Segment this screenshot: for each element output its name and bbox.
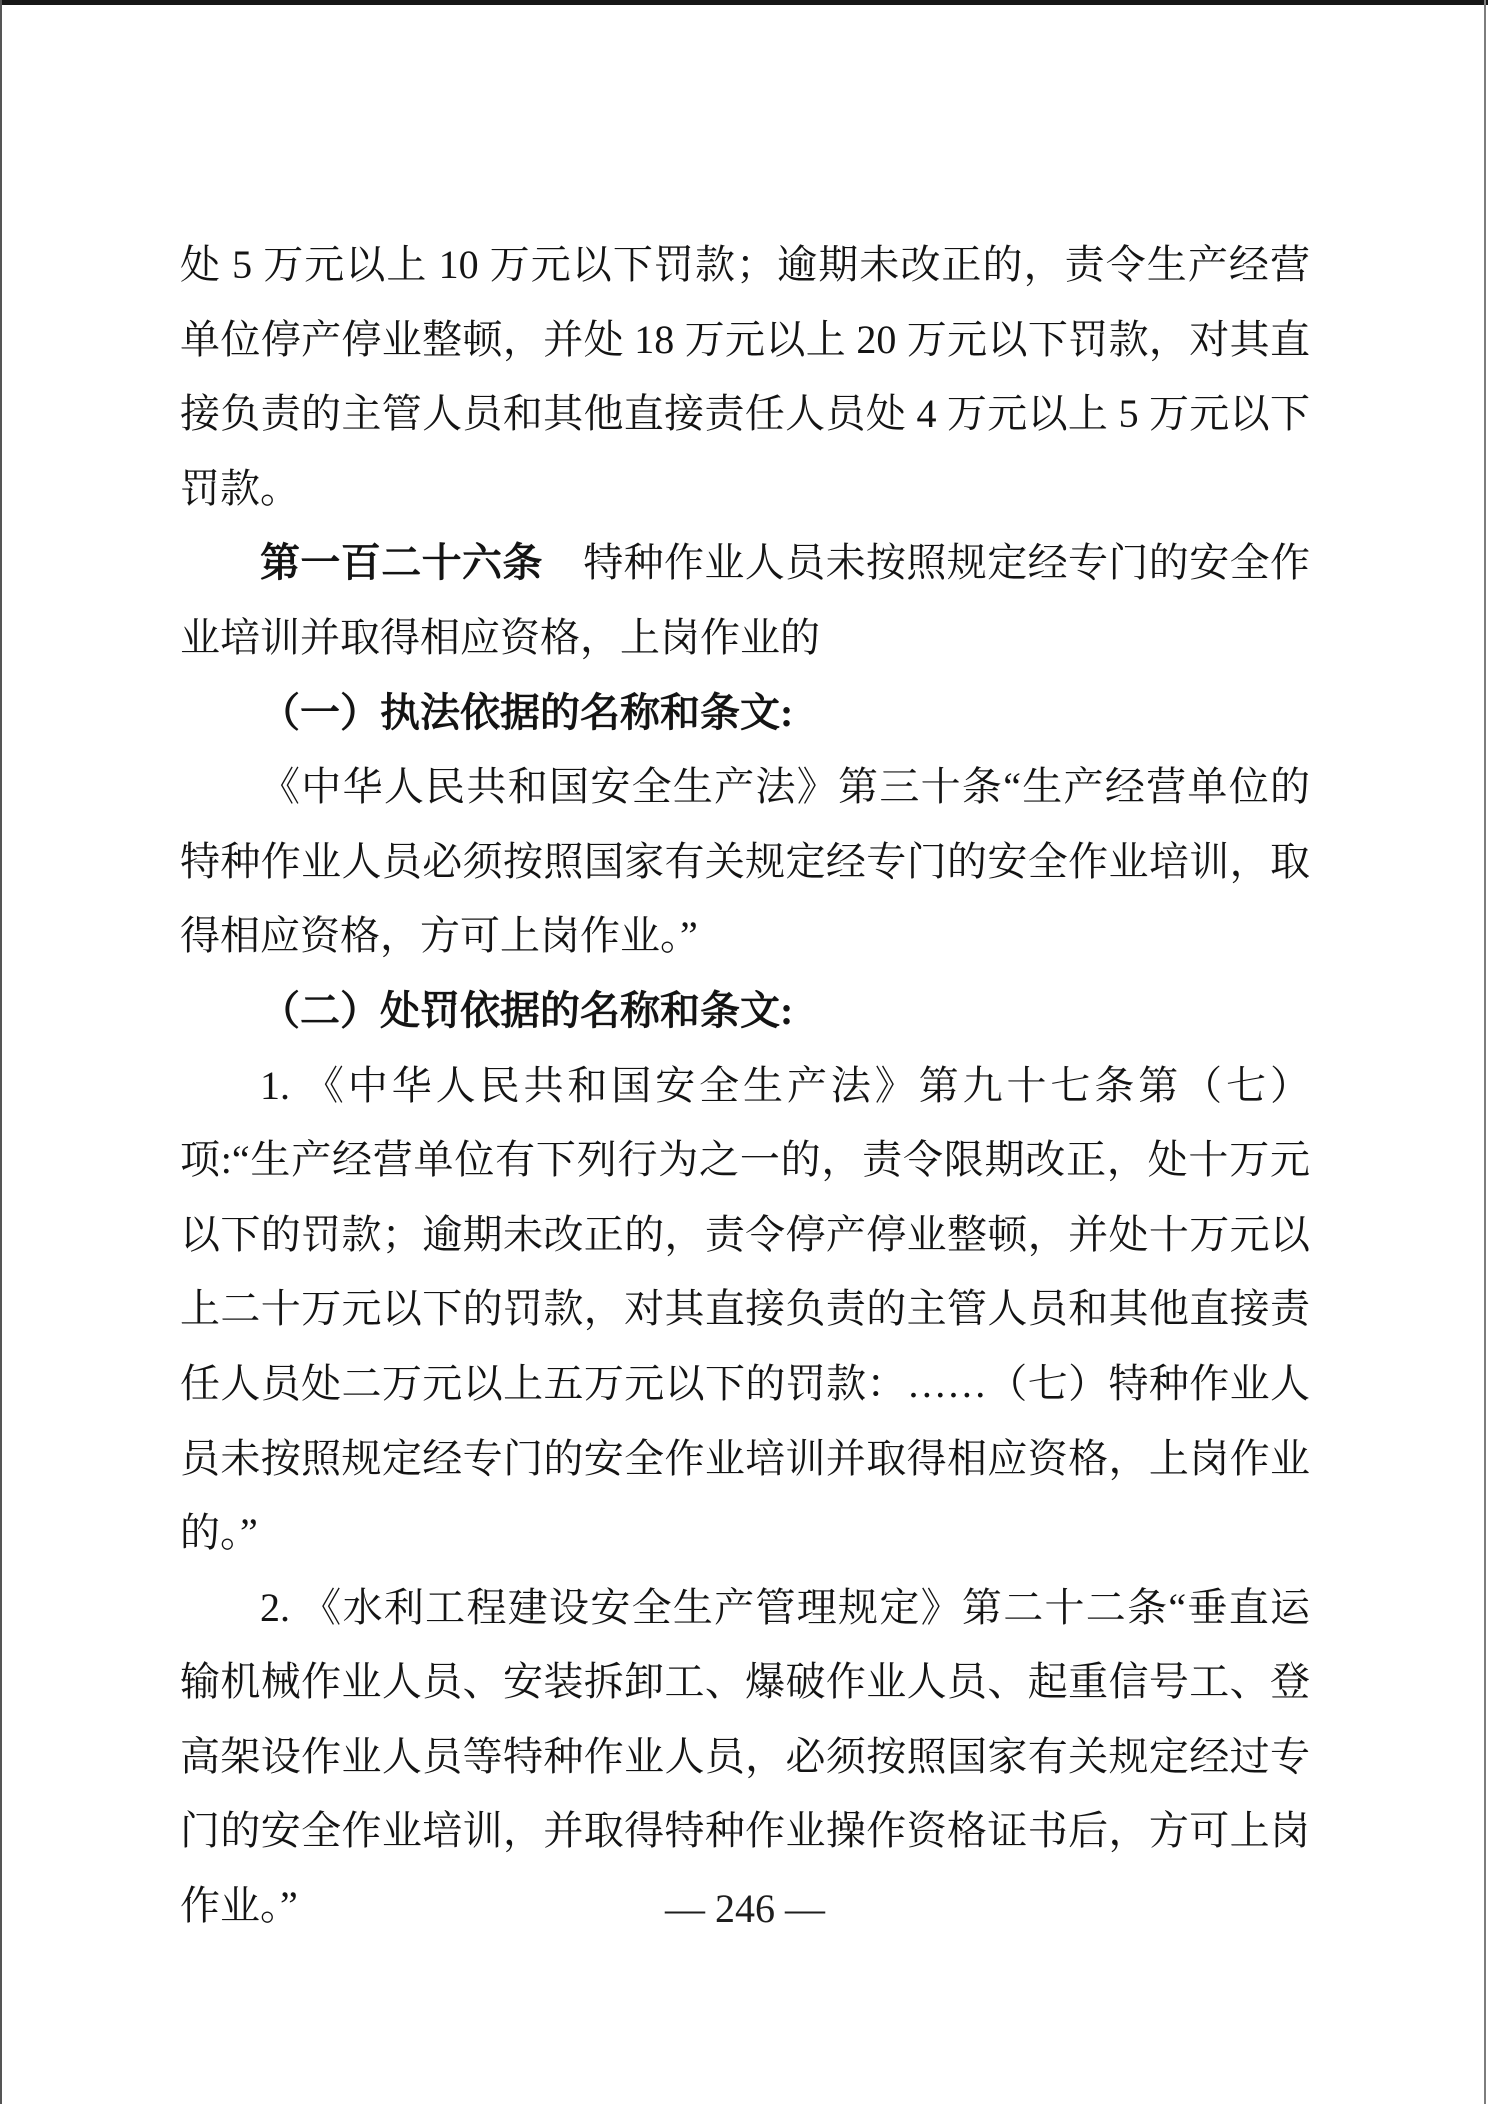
document-body: 处 5 万元以上 10 万元以下罚款；逾期未改正的，责令生产经营单位停产停业整顿… bbox=[180, 228, 1310, 1944]
emphasis-text: （二）处罚依据的名称和条文: bbox=[260, 988, 793, 1033]
document-page: { "page": { "footer": { "page_number_lab… bbox=[0, 0, 1488, 2104]
body-text: 1. 《中华人民共和国安全生产法》第九十七条第（七）项:“生产经营单位有下列行为… bbox=[180, 1063, 1310, 1556]
emphasis-text: （一）执法依据的名称和条文: bbox=[260, 690, 793, 735]
paragraph: 1. 《中华人民共和国安全生产法》第九十七条第（七）项:“生产经营单位有下列行为… bbox=[180, 1049, 1310, 1571]
scan-left-edge bbox=[0, 0, 2, 2104]
paragraph: （一）执法依据的名称和条文: bbox=[180, 676, 1310, 751]
scan-top-edge bbox=[0, 0, 1488, 5]
body-text: 处 5 万元以上 10 万元以下罚款；逾期未改正的，责令生产经营单位停产停业整顿… bbox=[180, 242, 1310, 511]
paragraph: 处 5 万元以上 10 万元以下罚款；逾期未改正的，责令生产经营单位停产停业整顿… bbox=[180, 228, 1310, 526]
paragraph: 第一百二十六条 特种作业人员未按照规定经专门的安全作业培训并取得相应资格，上岗作… bbox=[180, 526, 1310, 675]
paragraph: 《中华人民共和国安全生产法》第三十条“生产经营单位的特种作业人员必须按照国家有关… bbox=[180, 750, 1310, 974]
body-text: 2. 《水利工程建设安全生产管理规定》第二十二条“垂直运输机械作业人员、安装拆卸… bbox=[180, 1585, 1310, 1928]
paragraph: （二）处罚依据的名称和条文: bbox=[180, 974, 1310, 1049]
scan-right-edge bbox=[1484, 0, 1486, 2104]
body-text: 《中华人民共和国安全生产法》第三十条“生产经营单位的特种作业人员必须按照国家有关… bbox=[180, 764, 1310, 958]
page-number: — 246 — bbox=[180, 1884, 1310, 1934]
emphasis-text: 第一百二十六条 bbox=[260, 541, 543, 585]
